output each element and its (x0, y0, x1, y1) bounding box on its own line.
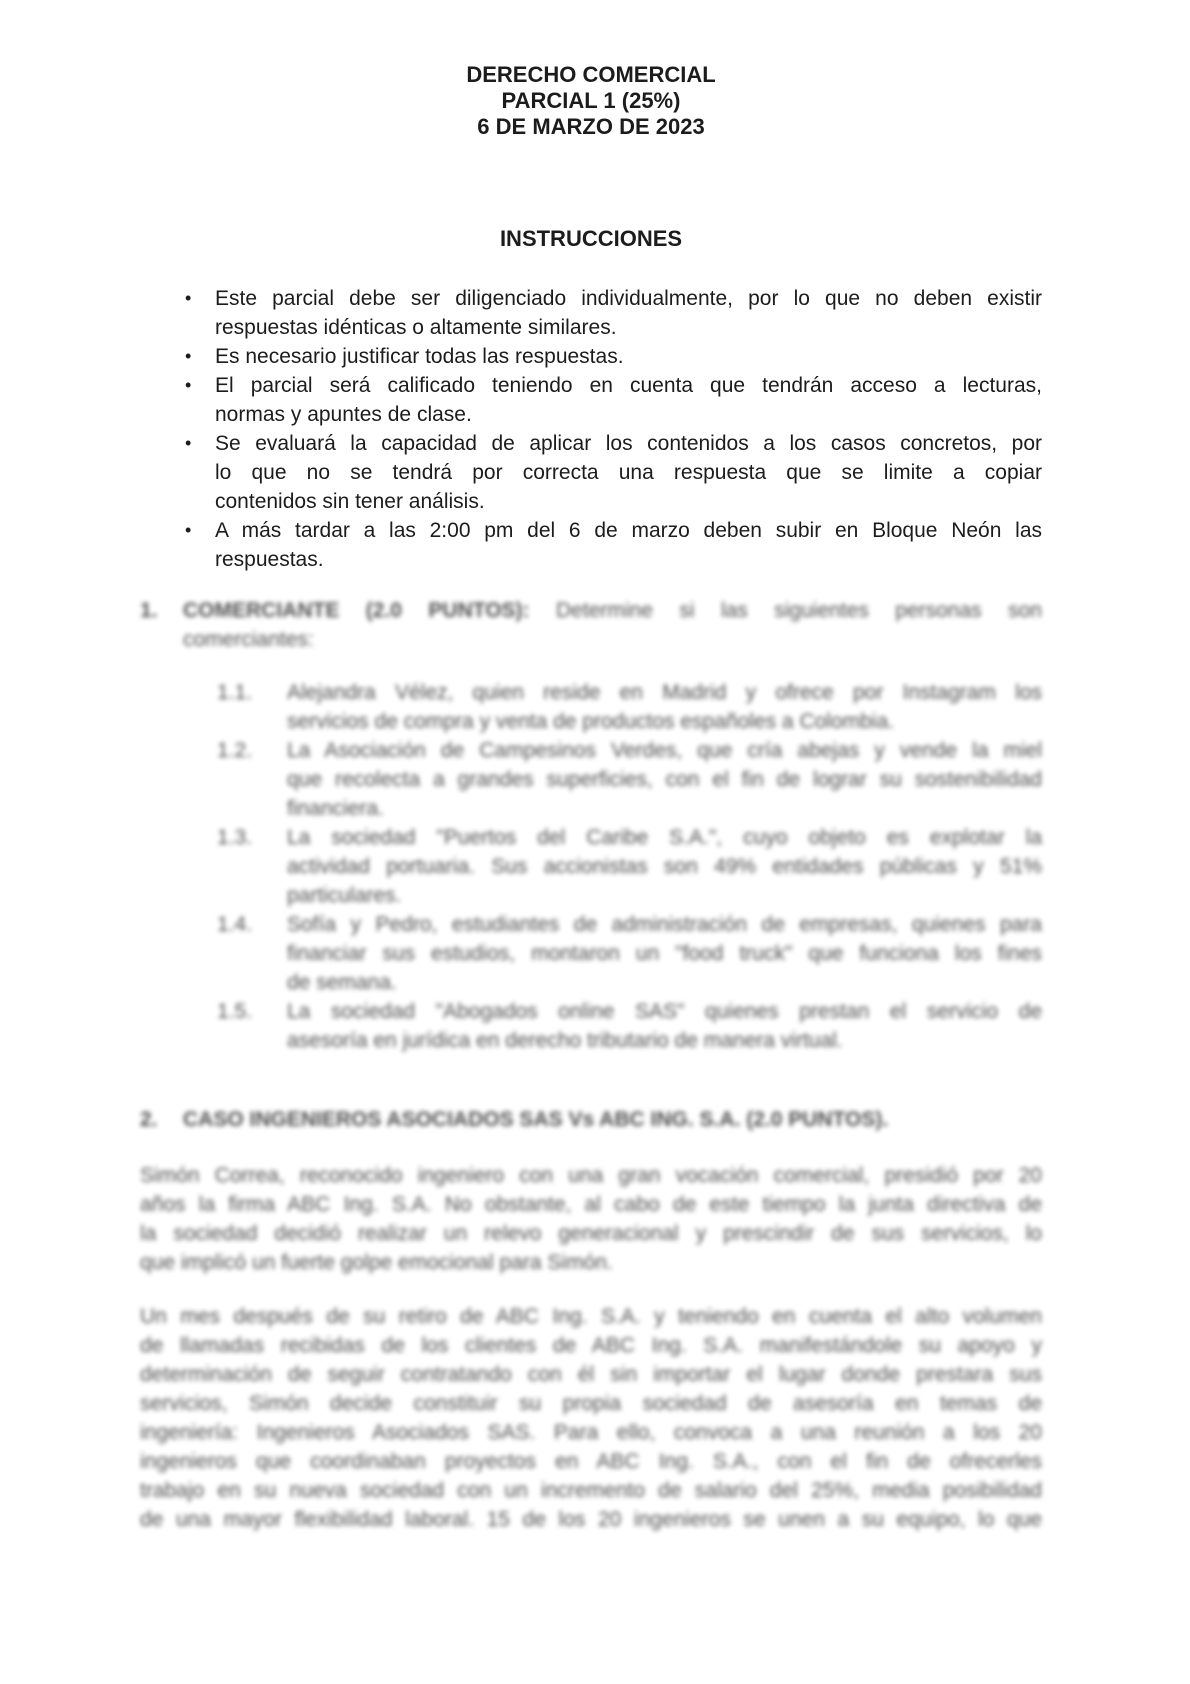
question2-number: 2. (140, 1105, 158, 1134)
text-line: Un mes después de su retiro de ABC Ing. … (140, 1302, 1042, 1331)
text-line: Simón Correa, reconocido ingeniero con u… (140, 1161, 1042, 1190)
text-line: de semana. (287, 968, 1042, 997)
question1-heading-text: COMERCIANTE (2.0 PUNTOS): Determine si l… (183, 596, 1042, 654)
text-line: El parcial será calificado teniendo en c… (215, 371, 1042, 400)
question1-item: 1.2. La Asociación de Campesinos Verdes,… (217, 736, 1042, 823)
case-paragraph: Un mes después de su retiro de ABC Ing. … (140, 1302, 1042, 1534)
text-line: lo que no se tendrá por correcta una res… (215, 458, 1042, 487)
title-line-date: 6 DE MARZO DE 2023 (140, 114, 1042, 140)
text-line: Es necesario justificar todas las respue… (215, 342, 1042, 371)
item-number: 1.2. (217, 736, 252, 765)
instruction-text: Es necesario justificar todas las respue… (215, 342, 1042, 371)
instructions-list: • Este parcial debe ser diligenciado ind… (183, 284, 1042, 574)
instruction-text: A más tardar a las 2:00 pm del 6 de marz… (215, 516, 1042, 574)
text-line: respuestas idénticas o altamente similar… (215, 313, 1042, 342)
item-number: 1.5. (217, 997, 252, 1026)
text-line: normas y apuntes de clase. (215, 400, 1042, 429)
list-item: • Se evaluará la capacidad de aplicar lo… (183, 429, 1042, 516)
question2-heading: 2. CASO INGENIEROS ASOCIADOS SAS Vs ABC … (140, 1105, 1042, 1134)
question1-item: 1.3. La sociedad "Puertos del Caribe S.A… (217, 823, 1042, 910)
text-line: servicios de compra y venta de productos… (287, 707, 1042, 736)
question1-number: 1. (140, 596, 158, 625)
text-line: de una mayor flexibilidad laboral. 15 de… (140, 1505, 1042, 1534)
text-line: particulares. (287, 881, 1042, 910)
text-line: años la firma ABC Ing. S.A. No obstante,… (140, 1190, 1042, 1219)
text-line: contenidos sin tener análisis. (215, 487, 1042, 516)
text-line: financiera. (287, 794, 1042, 823)
question1-item-list: 1.1. Alejandra Vélez, quien reside en Ma… (217, 678, 1042, 1055)
text-line: que implicó un fuerte golpe emocional pa… (140, 1248, 1042, 1277)
instruction-text: El parcial será calificado teniendo en c… (215, 371, 1042, 429)
text-line: actividad portuaria. Sus accionistas son… (287, 852, 1042, 881)
text-line: ingeniería: Ingenieros Asociados SAS. Pa… (140, 1418, 1042, 1447)
text-line: ingenieros que coordinaban proyectos en … (140, 1447, 1042, 1476)
question2-section-censored: 2. CASO INGENIEROS ASOCIADOS SAS Vs ABC … (140, 1105, 1042, 1534)
item-number: 1.1. (217, 678, 252, 707)
instructions-heading: INSTRUCCIONES (140, 226, 1042, 252)
exam-document-page: DERECHO COMERCIAL PARCIAL 1 (25%) 6 DE M… (0, 0, 1190, 1684)
question1-heading-line1: COMERCIANTE (2.0 PUNTOS): Determine si l… (183, 596, 1042, 625)
item-text: La Asociación de Campesinos Verdes, que … (287, 736, 1042, 823)
text-line: Se evaluará la capacidad de aplicar los … (215, 429, 1042, 458)
text-line: de llamadas recibidas de los clientes de… (140, 1331, 1042, 1360)
text-line: A más tardar a las 2:00 pm del 6 de marz… (215, 516, 1042, 545)
item-text: La sociedad "Puertos del Caribe S.A.", c… (287, 823, 1042, 910)
instruction-text: Se evaluará la capacidad de aplicar los … (215, 429, 1042, 516)
list-item: • Es necesario justificar todas las resp… (183, 342, 1042, 371)
item-text: Sofía y Pedro, estudiantes de administra… (287, 910, 1042, 997)
instruction-text: Este parcial debe ser diligenciado indiv… (215, 284, 1042, 342)
bullet-icon: • (185, 516, 191, 545)
list-item: • A más tardar a las 2:00 pm del 6 de ma… (183, 516, 1042, 574)
question1-heading-bold: COMERCIANTE (2.0 PUNTOS): (183, 599, 530, 622)
question1-heading: 1. COMERCIANTE (2.0 PUNTOS): Determine s… (140, 596, 1042, 654)
text-line: Alejandra Vélez, quien reside en Madrid … (287, 678, 1042, 707)
question1-heading-line2: comerciantes: (183, 625, 1042, 654)
title-line-course: DERECHO COMERCIAL (140, 62, 1042, 88)
bullet-icon: • (185, 371, 191, 400)
item-text: Alejandra Vélez, quien reside en Madrid … (287, 678, 1042, 736)
title-line-exam: PARCIAL 1 (25%) (140, 88, 1042, 114)
question1-item: 1.4. Sofía y Pedro, estudiantes de admin… (217, 910, 1042, 997)
text-line: servicios, Simón decide constituir su pr… (140, 1389, 1042, 1418)
text-line: trabajo en su nueva sociedad con un incr… (140, 1476, 1042, 1505)
item-number: 1.4. (217, 910, 252, 939)
question1-item: 1.1. Alejandra Vélez, quien reside en Ma… (217, 678, 1042, 736)
bullet-icon: • (185, 429, 191, 458)
question2-heading-text: CASO INGENIEROS ASOCIADOS SAS Vs ABC ING… (183, 1105, 1042, 1134)
list-item: • Este parcial debe ser diligenciado ind… (183, 284, 1042, 342)
list-item: • El parcial será calificado teniendo en… (183, 371, 1042, 429)
question1-heading-rest: Determine si las siguientes personas son (556, 599, 1042, 622)
case-paragraph: Simón Correa, reconocido ingeniero con u… (140, 1161, 1042, 1277)
bullet-icon: • (185, 284, 191, 313)
bullet-icon: • (185, 342, 191, 371)
text-line: La Asociación de Campesinos Verdes, que … (287, 736, 1042, 765)
document-title: DERECHO COMERCIAL PARCIAL 1 (25%) 6 DE M… (140, 62, 1042, 140)
text-line: La sociedad "Abogados online SAS" quiene… (287, 997, 1042, 1026)
question1-item: 1.5. La sociedad "Abogados online SAS" q… (217, 997, 1042, 1055)
text-line: asesoría en jurídica en derecho tributar… (287, 1026, 1042, 1055)
text-line: que recolecta a grandes superficies, con… (287, 765, 1042, 794)
question1-section-censored: 1. COMERCIANTE (2.0 PUNTOS): Determine s… (140, 596, 1042, 1055)
text-line: Este parcial debe ser diligenciado indiv… (215, 284, 1042, 313)
item-number: 1.3. (217, 823, 252, 852)
text-line: Sofía y Pedro, estudiantes de administra… (287, 910, 1042, 939)
text-line: financiar sus estudios, montaron un "foo… (287, 939, 1042, 968)
text-line: determinación de seguir contratando con … (140, 1360, 1042, 1389)
text-line: La sociedad "Puertos del Caribe S.A.", c… (287, 823, 1042, 852)
item-text: La sociedad "Abogados online SAS" quiene… (287, 997, 1042, 1055)
question2-heading-line: CASO INGENIEROS ASOCIADOS SAS Vs ABC ING… (183, 1105, 1042, 1134)
text-line: respuestas. (215, 545, 1042, 574)
text-line: la sociedad decidió realizar un relevo g… (140, 1219, 1042, 1248)
